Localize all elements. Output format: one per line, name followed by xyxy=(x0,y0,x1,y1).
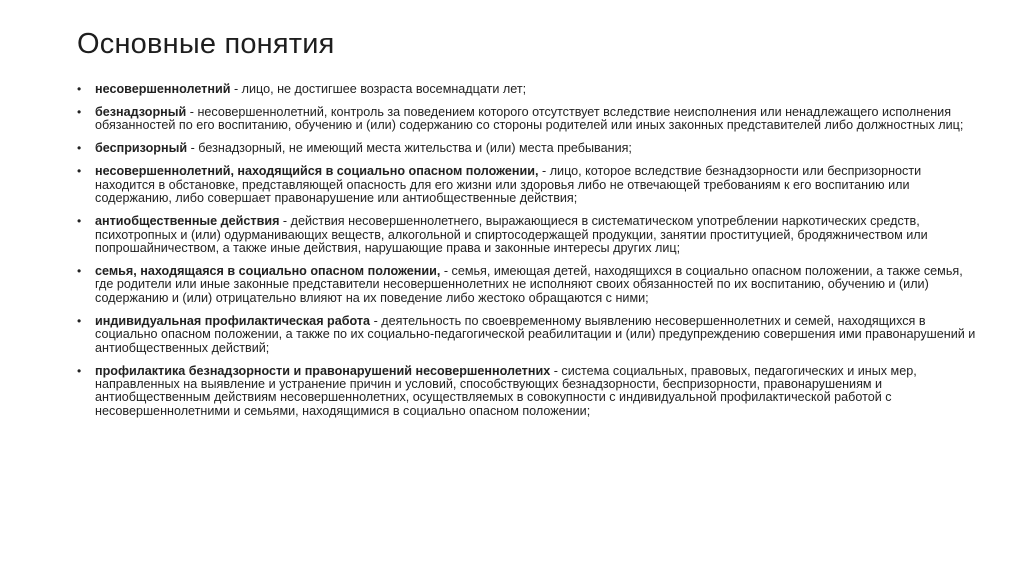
term: беспризорный xyxy=(95,141,187,155)
term: несовершеннолетний xyxy=(95,82,230,96)
term: антиобщественные действия xyxy=(95,214,279,228)
list-item: •несовершеннолетний - лицо, не достигшее… xyxy=(77,83,977,96)
bullet-icon: • xyxy=(77,315,81,328)
term: несовершеннолетний, находящийся в социал… xyxy=(95,164,539,178)
bullet-icon: • xyxy=(77,365,81,378)
list-item: •индивидуальная профилактическая работа … xyxy=(77,315,977,355)
bullet-icon: • xyxy=(77,142,81,155)
definitions-list: •несовершеннолетний - лицо, не достигшее… xyxy=(77,83,977,428)
slide: Основные понятия •несовершеннолетний - л… xyxy=(0,0,1024,574)
slide-title: Основные понятия xyxy=(77,26,335,62)
list-item: •безнадзорный - несовершеннолетний, конт… xyxy=(77,106,977,133)
list-item: •профилактика безнадзорности и правонару… xyxy=(77,365,977,419)
list-item: •антиобщественные действия - действия не… xyxy=(77,215,977,255)
term: безнадзорный xyxy=(95,105,186,119)
term: профилактика безнадзорности и правонаруш… xyxy=(95,364,550,378)
bullet-icon: • xyxy=(77,265,81,278)
term: семья, находящаяся в социально опасном п… xyxy=(95,264,440,278)
list-item: •беспризорный - безнадзорный, не имеющий… xyxy=(77,142,977,155)
bullet-icon: • xyxy=(77,165,81,178)
definition: - несовершеннолетний, контроль за поведе… xyxy=(95,105,963,132)
bullet-icon: • xyxy=(77,83,81,96)
list-item: •несовершеннолетний, находящийся в социа… xyxy=(77,165,977,205)
definition: - безнадзорный, не имеющий места жительс… xyxy=(187,141,632,155)
bullet-icon: • xyxy=(77,106,81,119)
definition: - лицо, не достигшее возраста восемнадца… xyxy=(230,82,526,96)
term: индивидуальная профилактическая работа xyxy=(95,314,370,328)
bullet-icon: • xyxy=(77,215,81,228)
list-item: •семья, находящаяся в социально опасном … xyxy=(77,265,977,305)
